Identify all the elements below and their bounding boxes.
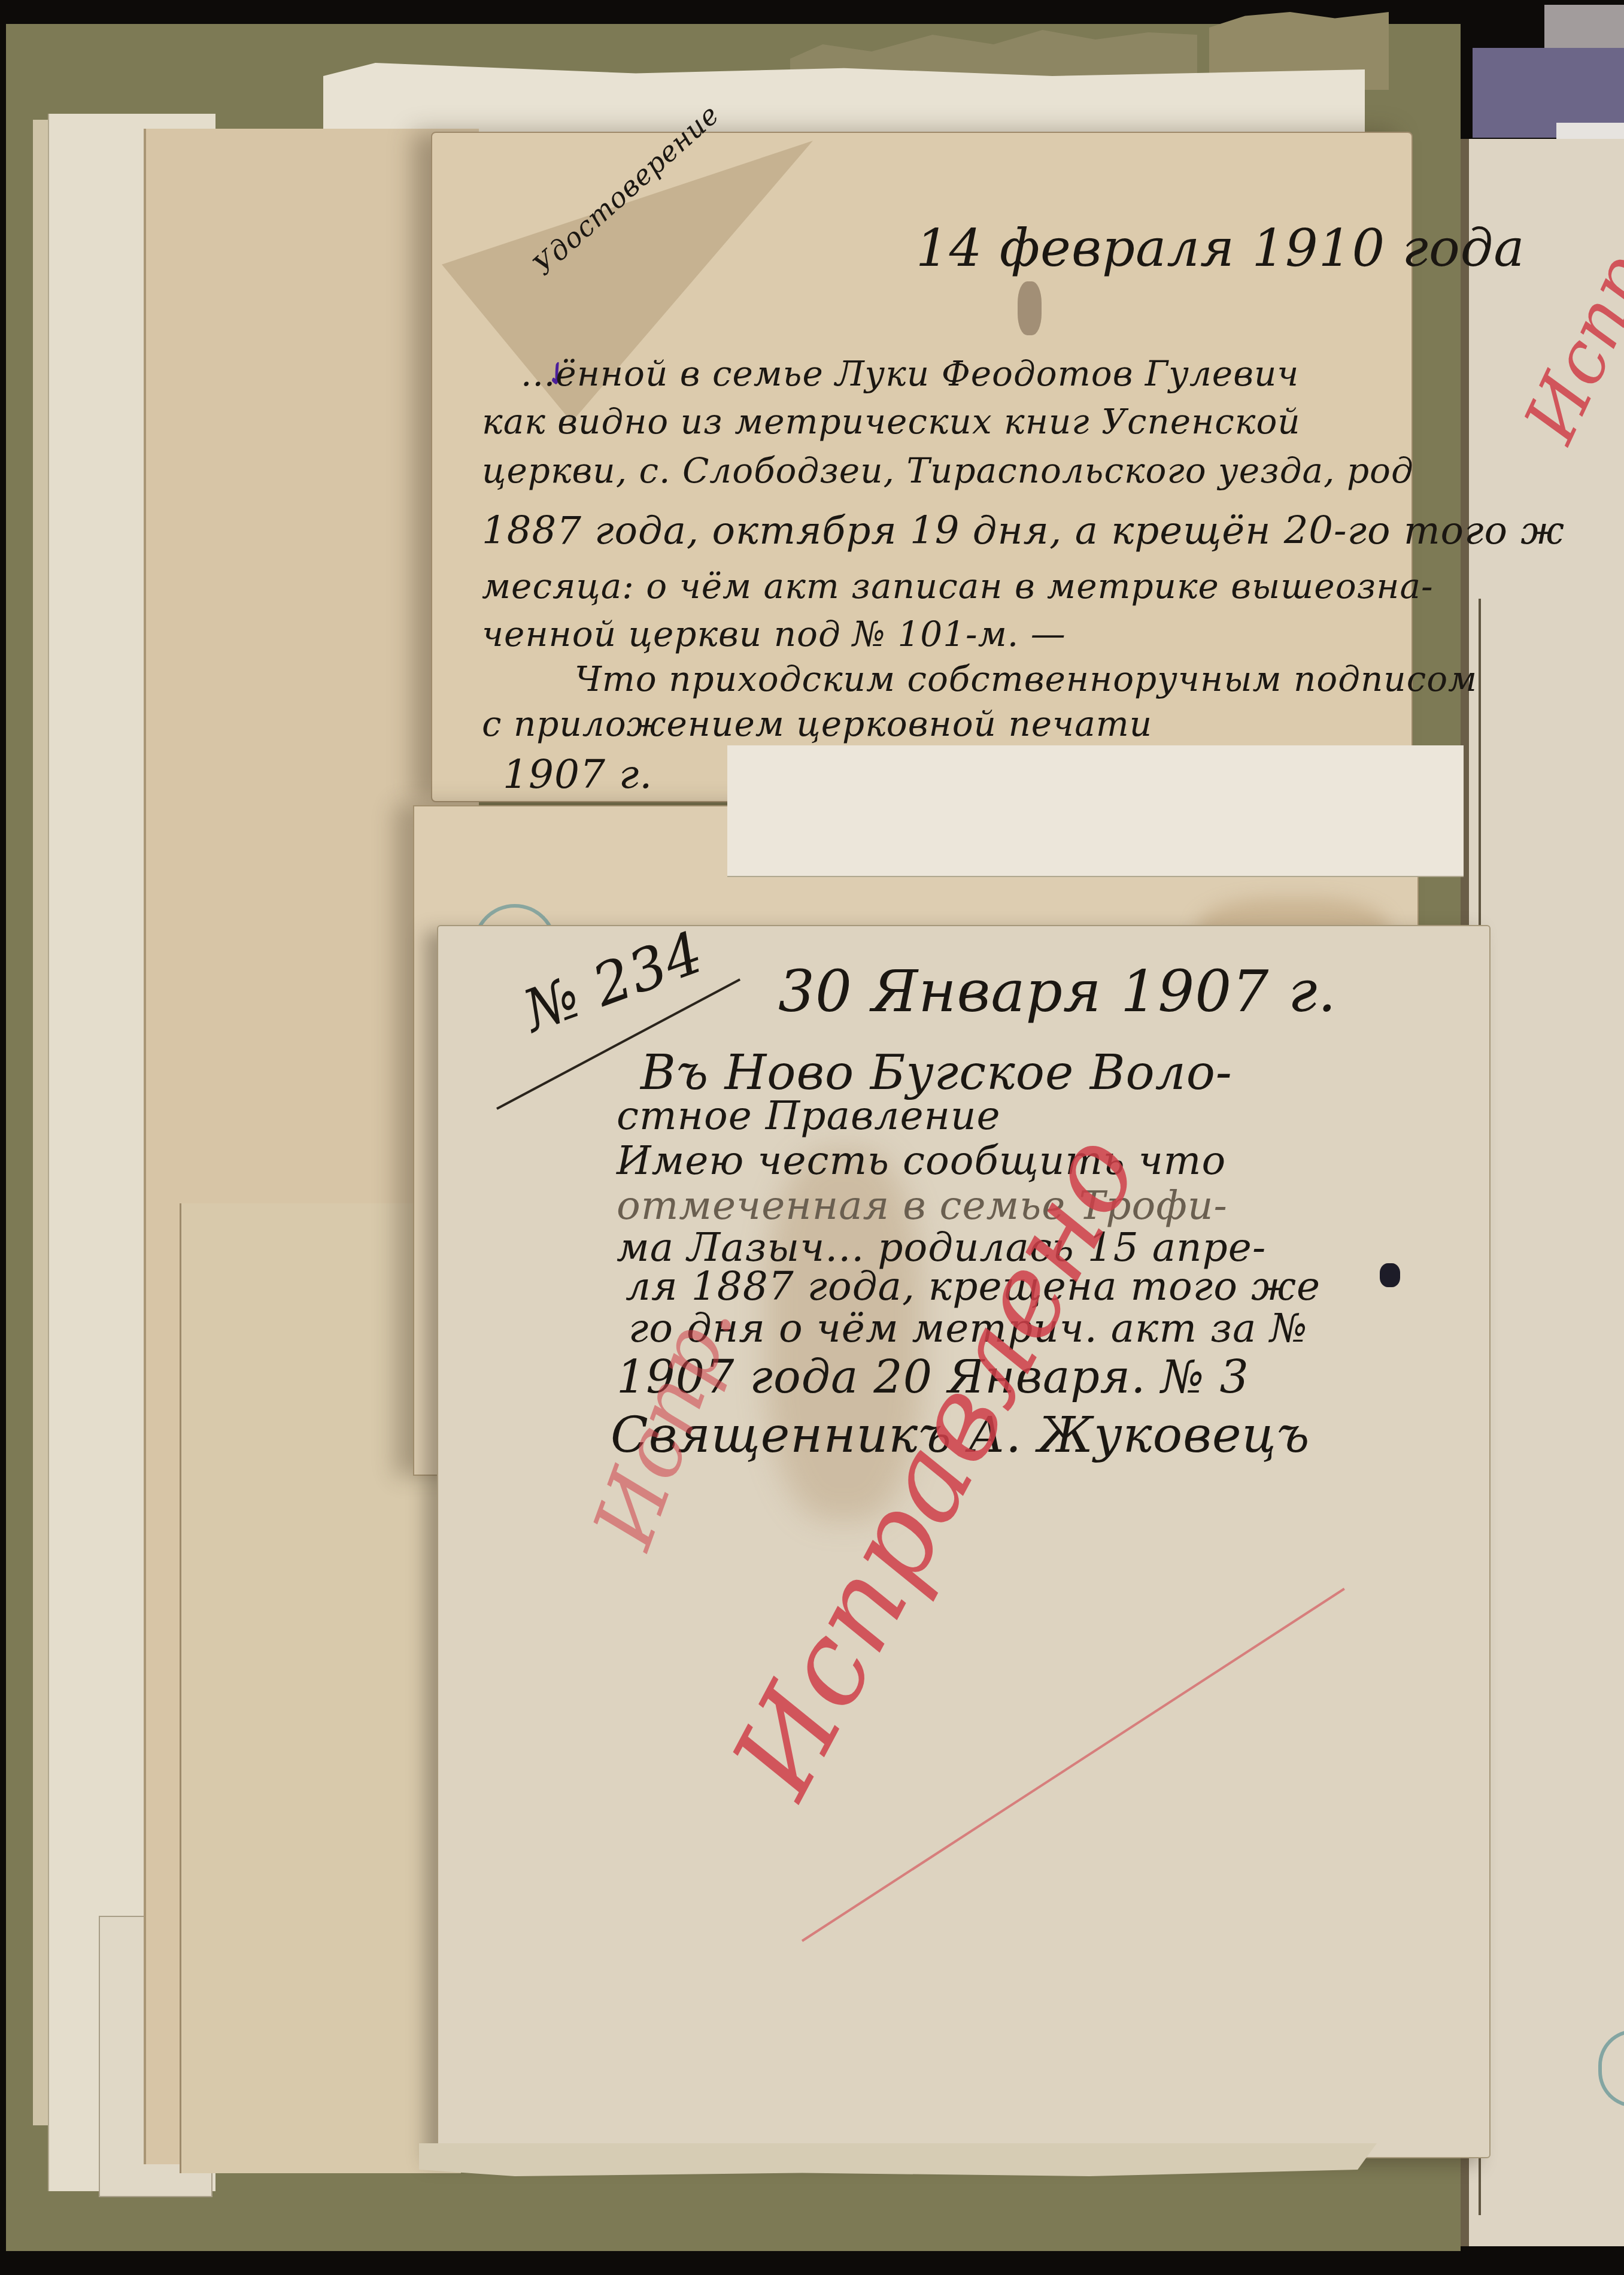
top-letter-year: 1907 г.: [503, 751, 652, 797]
top-letter-line: ченной церкви под № 101-м. —: [482, 614, 1066, 654]
ink-stain: [1018, 281, 1042, 335]
top-letter-line: месяца: о чём акт записан в метрике выше…: [482, 566, 1434, 606]
front-letter-date: 30 Января 1907 г.: [778, 958, 1337, 1025]
front-letter-line: стное Правление: [617, 1093, 1000, 1139]
top-letter-line: церкви, с. Слободзеи, Тираспольского уез…: [482, 450, 1414, 491]
top-letter-line: как видно из метрических книг Успенской: [482, 401, 1301, 442]
bottom-torn-edge: [419, 2143, 1377, 2176]
top-letter-line: с приложением церковной печати: [482, 703, 1152, 744]
grey-paper-corner: [1544, 5, 1624, 53]
top-letter-date: 14 февраля 1910 года: [916, 219, 1525, 278]
paper-hole: [1380, 1263, 1400, 1287]
top-letter-line: 1887 года, октября 19 дня, а крещён 20-г…: [482, 509, 1565, 553]
top-letter-line: ...ённой в семье Луки Феодотов Гулевич: [521, 353, 1299, 394]
white-paper-slip: [727, 745, 1464, 877]
top-letter-line: Что приходским собственноручным подписом: [575, 659, 1477, 699]
white-paper-strip: [1556, 123, 1624, 141]
